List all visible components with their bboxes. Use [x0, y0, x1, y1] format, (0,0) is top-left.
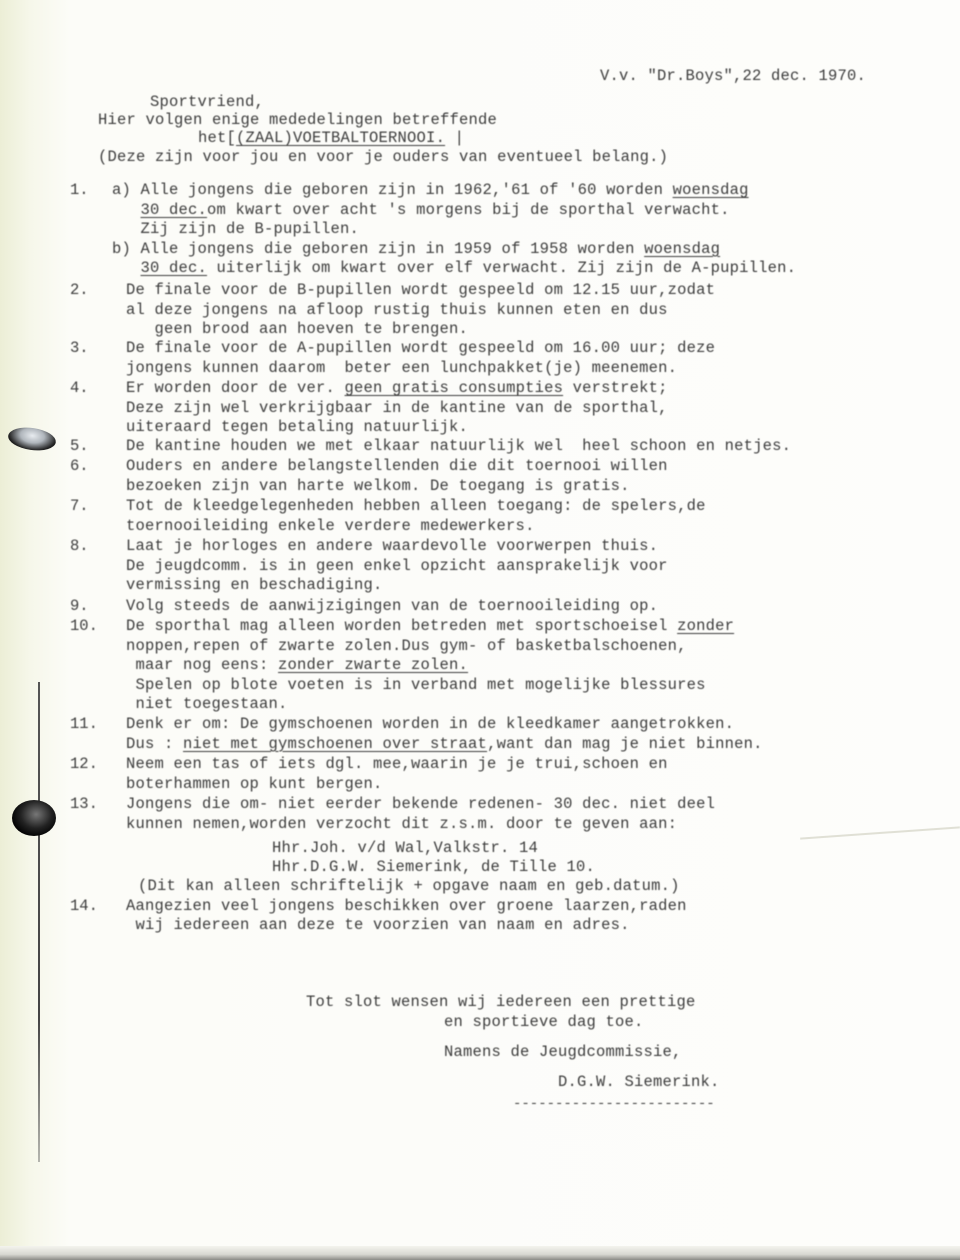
paper-bottom-edge [0, 1246, 960, 1260]
item-number: 11. [70, 714, 98, 734]
list-item-line: al deze jongens na afloop rustig thuis k… [126, 300, 668, 320]
item-number: 6. [70, 456, 89, 476]
item-number: 5. [70, 436, 89, 456]
list-item-line: Zij zijn de B-pupillen. [112, 219, 359, 239]
list-item-line: a) Alle jongens die geboren zijn in 1962… [112, 180, 749, 200]
item-number: 1. [70, 180, 89, 200]
item-number: 10. [70, 616, 98, 636]
item-number: 12. [70, 754, 98, 774]
list-item-line: De finale voor de A-pupillen wordt gespe… [126, 338, 715, 358]
item-number: 7. [70, 496, 89, 516]
list-item-line: Er worden door de ver. geen gratis consu… [126, 378, 668, 398]
closing-2: en sportieve dag toe. [444, 1012, 644, 1032]
intro-line-3: (Deze zijn voor jou en voor je ouders va… [98, 147, 668, 167]
subject-bracket: [ [227, 129, 237, 147]
subject: (ZAAL)VOETBALTOERNOOI. [236, 129, 445, 147]
list-item-line: geen brood aan hoeven te brengen. [126, 319, 468, 339]
item-number: 9. [70, 596, 89, 616]
address-note: (Dit kan alleen schriftelijk + opgave na… [138, 876, 680, 896]
item-number: 8. [70, 536, 89, 556]
list-item-line: Ouders en andere belangstellenden die di… [126, 456, 668, 476]
list-item-line: niet toegestaan. [126, 694, 288, 714]
signature-rule: ------------------------ [513, 1096, 715, 1112]
list-item-line: De finale voor de B-pupillen wordt gespe… [126, 280, 715, 300]
address-2: Hhr.D.G.W. Siemerink, de Tille 10. [272, 857, 595, 877]
list-item-line: kunnen nemen,worden verzocht dit z.s.m. … [126, 814, 677, 834]
list-item-line: Deze zijn wel verkrijgbaar in de kantine… [126, 398, 668, 418]
list-item-line: maar nog eens: zonder zwarte zolen. [126, 655, 468, 675]
list-item-line: boterhammen op kunt bergen. [126, 774, 383, 794]
subject-bracket-close: | [445, 129, 464, 147]
signature: D.G.W. Siemerink. [558, 1072, 720, 1092]
intro-prefix: het [198, 129, 227, 147]
item-number: 3. [70, 338, 89, 358]
list-item-line: toernooileiding enkele verdere medewerke… [126, 516, 535, 536]
list-item-line: 30 dec. uiterlijk om kwart over elf verw… [112, 258, 796, 278]
list-item-line: De kantine houden we met elkaar natuurli… [126, 436, 791, 456]
list-item-line: noppen,repen of zwarte zolen.Dus gym- of… [126, 636, 687, 656]
place-date: V.v. "Dr.Boys",22 dec. 1970. [600, 66, 866, 86]
item-number-14: 14. [70, 896, 98, 916]
closing-3: Namens de Jeugdcommissie, [444, 1042, 682, 1062]
item-14-line-2: wij iedereen aan deze te voorzien van na… [126, 915, 630, 935]
punch-hole-bottom [12, 800, 56, 836]
list-item-line: De jeugdcomm. is in geen enkel opzicht a… [126, 556, 668, 576]
list-item-line: uiteraard tegen betaling natuurlijk. [126, 417, 468, 437]
closing-1: Tot slot wensen wij iedereen een prettig… [306, 992, 696, 1012]
margin-line [38, 682, 40, 1162]
list-item-line: Dus : niet met gymschoenen over straat,w… [126, 734, 763, 754]
list-item-line: 30 dec.om kwart over acht 's morgens bij… [112, 200, 730, 220]
list-item-line: b) Alle jongens die geboren zijn in 1959… [112, 239, 720, 259]
list-item-line: jongens kunnen daarom beter een lunchpak… [126, 358, 677, 378]
list-item-line: Laat je horloges en andere waardevolle v… [126, 536, 658, 556]
list-item-line: bezoeken zijn van harte welkom. De toega… [126, 476, 630, 496]
intro-line-2: het[(ZAAL)VOETBALTOERNOOI. | [198, 128, 464, 148]
item-14-line-1: Aangezien veel jongens beschikken over g… [126, 896, 687, 916]
list-item-line: Tot de kleedgelegenheden hebben alleen t… [126, 496, 706, 516]
list-item-line: Jongens die om- niet eerder bekende rede… [126, 794, 715, 814]
list-item-line: Neem een tas of iets dgl. mee,waarin je … [126, 754, 668, 774]
list-item-line: vermissing en beschadiging. [126, 575, 383, 595]
item-number: 13. [70, 794, 98, 814]
item-number: 2. [70, 280, 89, 300]
list-item-line: Volg steeds de aanwijzigingen van de toe… [126, 596, 658, 616]
intro-line-1: Hier volgen enige mededelingen betreffen… [98, 110, 497, 130]
list-item-line: Spelen op blote voeten is in verband met… [126, 675, 706, 695]
list-item-line: De sporthal mag alleen worden betreden m… [126, 616, 734, 636]
address-1: Hhr.Joh. v/d Wal,Valkstr. 14 [272, 838, 538, 858]
salutation: Sportvriend, [150, 92, 264, 112]
item-number: 4. [70, 378, 89, 398]
list-item-line: Denk er om: De gymschoenen worden in de … [126, 714, 734, 734]
